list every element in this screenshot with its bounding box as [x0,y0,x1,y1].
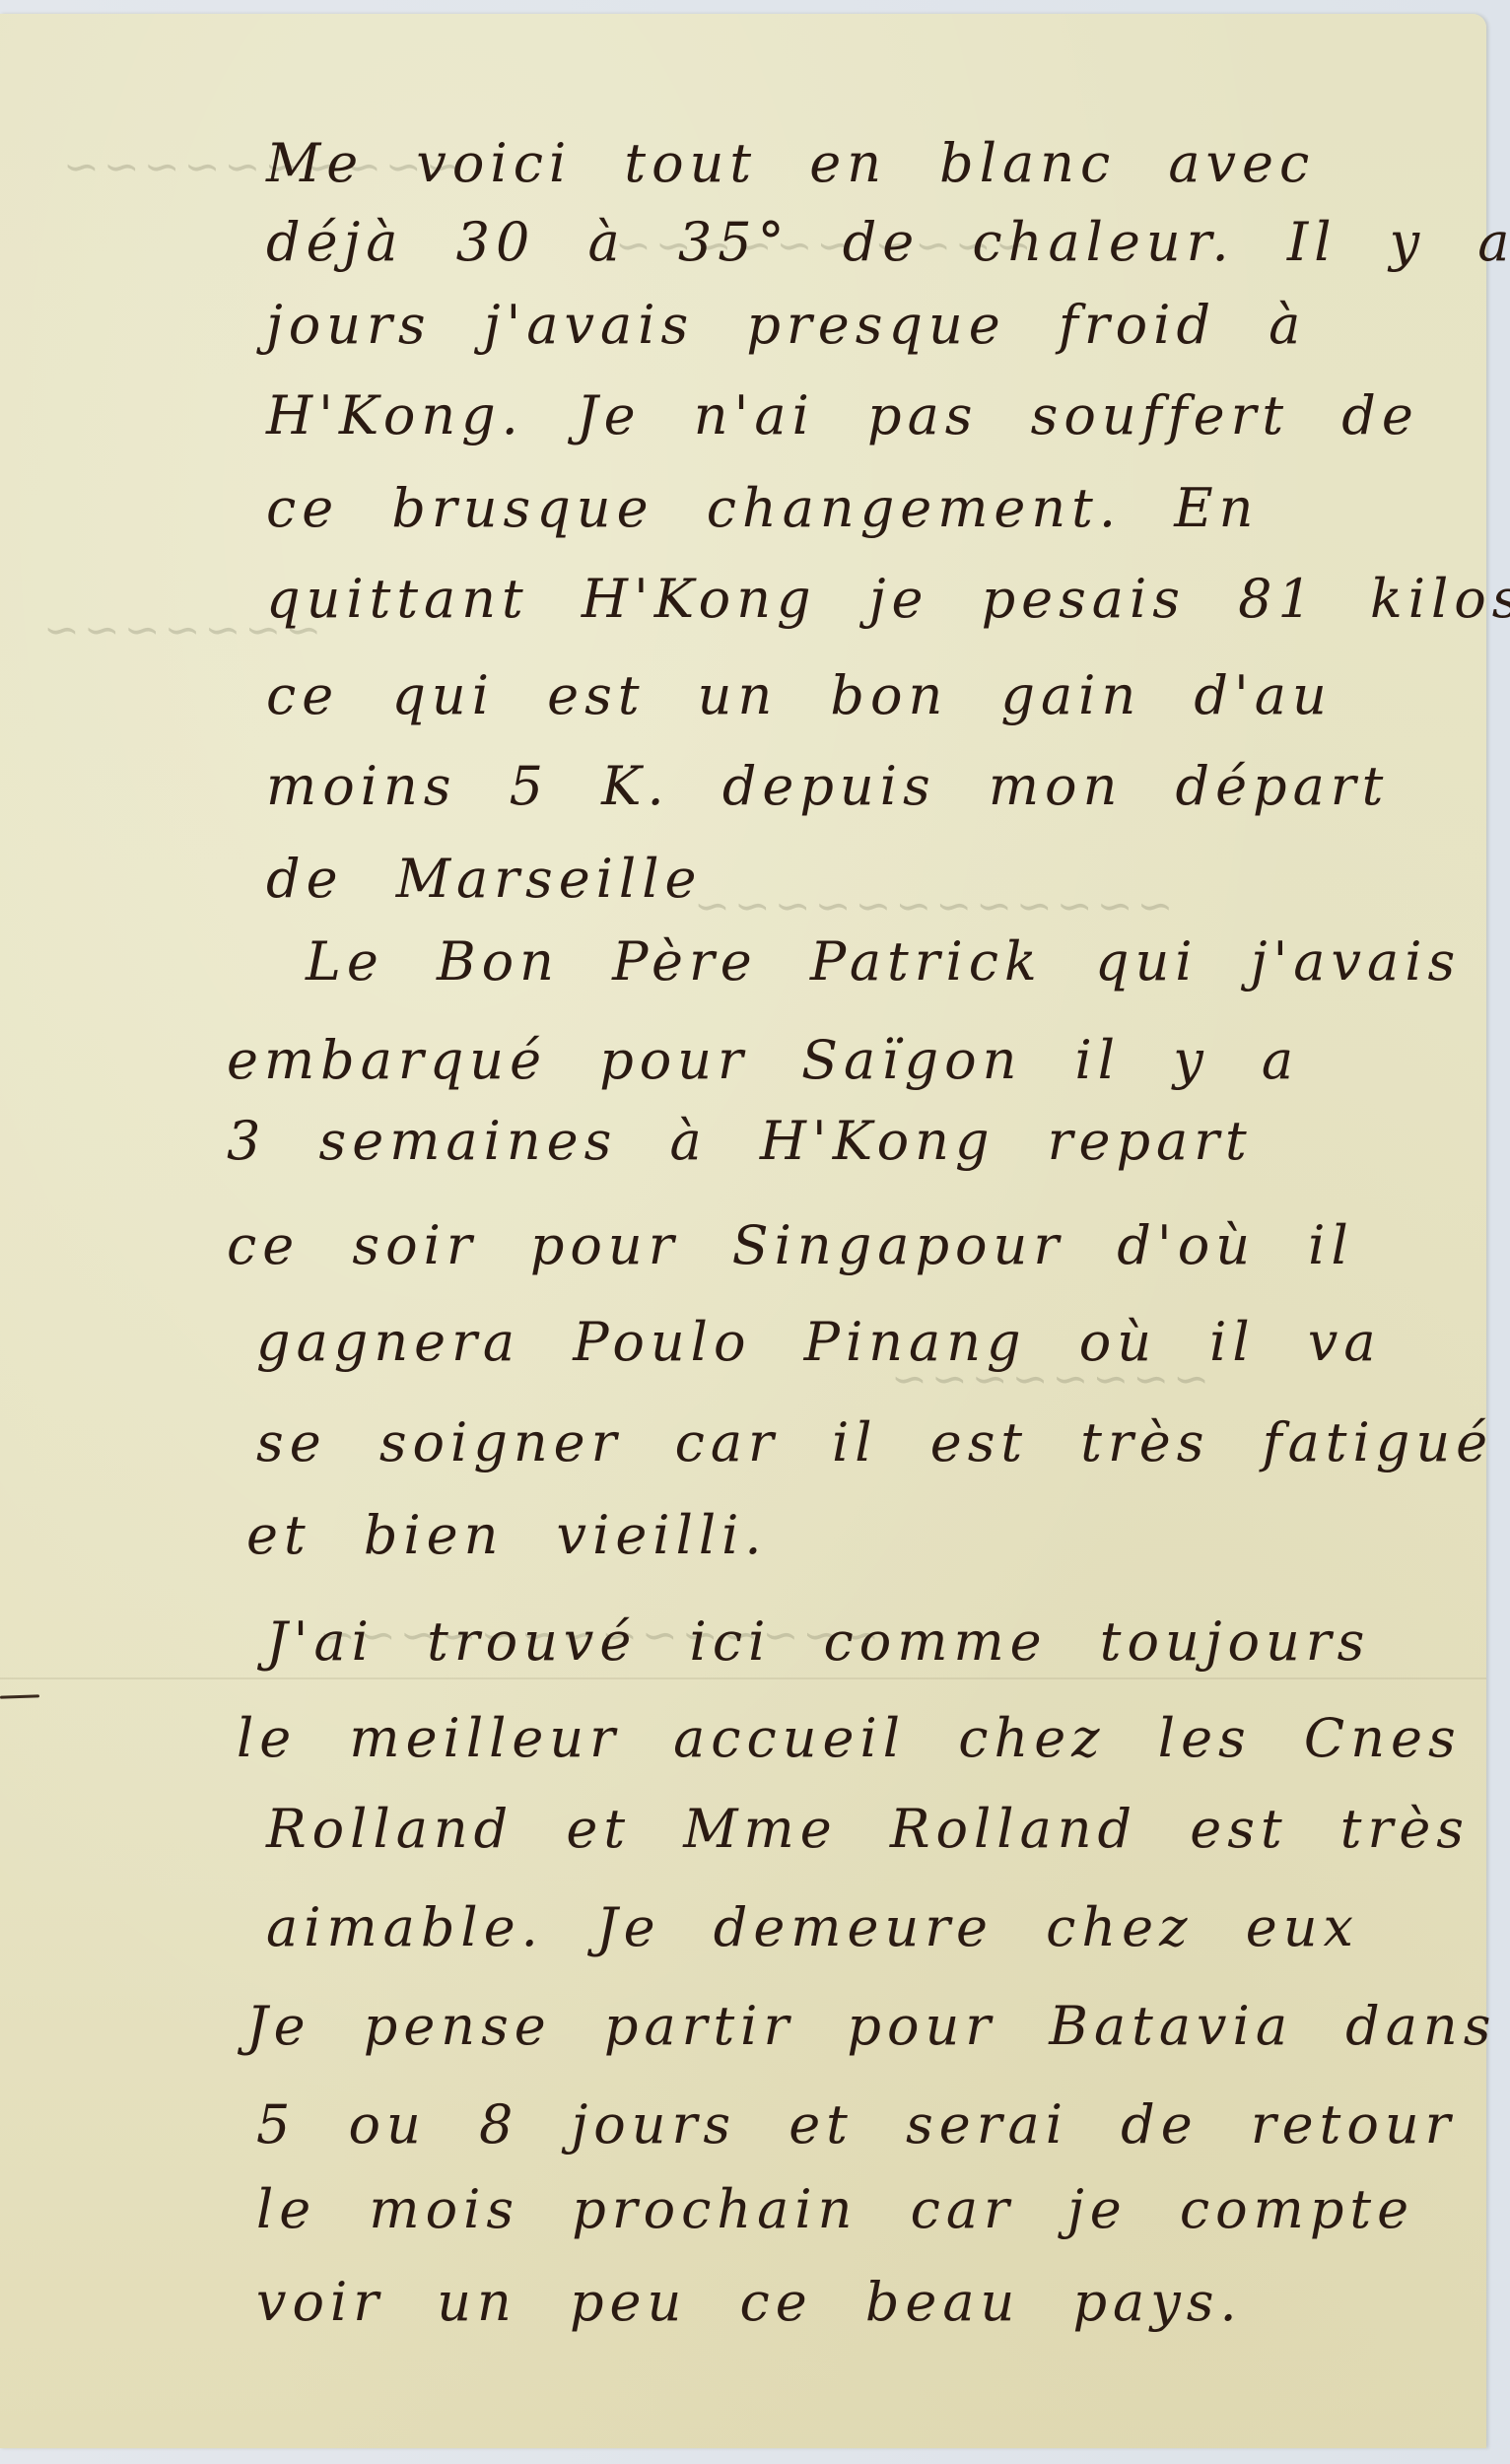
letter-line-23: le mois prochain car je compte [256,2178,1414,2240]
letter-line-14: gagnera Poulo Pinang où il va [256,1311,1382,1373]
letter-line-19: Rolland et Mme Rolland est très [266,1798,1470,1860]
letter-line-2: déjà 30 à 35° de chaleur. Il y a 3 [266,211,1510,273]
letter-line-5: ce brusque changement. En [266,477,1259,539]
photo-scene: ​~~~~~~~~~~ ​~~~~ ~~~~~~ ​~~~~~~~ ​~~~~~… [0,0,1510,2464]
letter-line-4: H'Kong. Je n'ai pas souffert de [266,384,1419,446]
letter-line-16: et bien vieilli. [246,1504,768,1566]
letter-line-6: quittant H'Kong je pesais 81 kilos [266,568,1510,630]
letter-line-13: ce soir pour Singapour d'où il [227,1214,1354,1276]
letter-line-21: Je pense partir pour Batavia dans [246,1995,1496,2057]
letter-line-8: moins 5 K. depuis mon départ [266,755,1389,817]
letter-line-15: se soigner car il est très fatigué [256,1411,1493,1473]
letter-line-11: embarqué pour Saïgon il y a [227,1029,1299,1091]
letter-line-10: Le Bon Père Patrick qui j'avais [306,930,1461,992]
letter-body: Me voici tout en blanc avec déjà 30 à 35… [0,14,1486,2448]
letter-line-22: 5 ou 8 jours et serai de retour [256,2093,1456,2156]
letter-sheet: ​~~~~~~~~~~ ​~~~~ ~~~~~~ ​~~~~~~~ ​~~~~~… [0,14,1486,2448]
letter-line-9: de Marseille [266,848,702,910]
letter-line-1: Me voici tout en blanc avec [266,132,1315,194]
letter-line-17: J'ai trouvé ici comme toujours [266,1610,1370,1673]
letter-line-3: jours j'avais presque froid à [266,294,1306,356]
letter-line-7: ce qui est un bon gain d'au [266,664,1333,726]
letter-line-18: le meilleur accueil chez les Cnes [237,1707,1462,1769]
letter-line-12: 3 semaines à H'Kong repart [227,1110,1253,1172]
letter-line-20: aimable. Je demeure chez eux [266,1896,1359,1958]
letter-line-24: voir un peu ce beau pays. [256,2271,1243,2333]
